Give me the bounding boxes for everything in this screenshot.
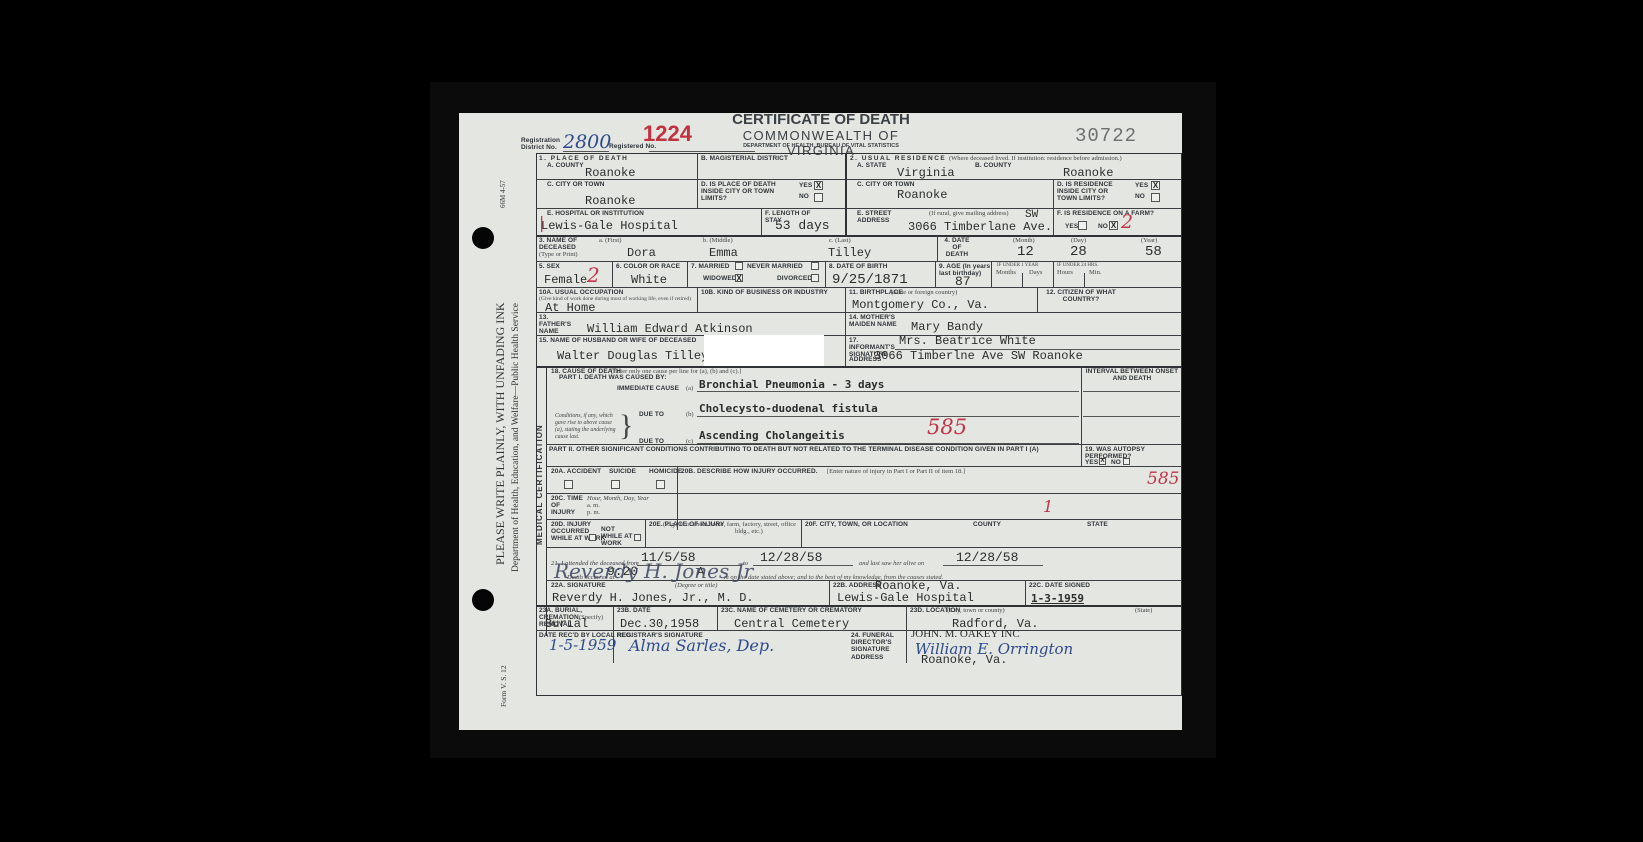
attended-to: 12/28/58	[760, 550, 822, 565]
mother-maiden-name: Mary Bandy	[911, 320, 983, 334]
informant-name: Mrs. Beatrice White	[899, 334, 1036, 348]
father-name: William Edward Atkinson	[587, 322, 753, 336]
autopsy-yes-checkbox[interactable]: X	[1099, 458, 1106, 465]
residence-county: Roanoke	[1063, 166, 1113, 180]
accident-checkbox[interactable]	[564, 480, 573, 489]
disposition-method: Burial	[545, 617, 588, 631]
married-checkbox[interactable]	[735, 262, 743, 270]
redaction-block	[704, 335, 824, 366]
residence-street: 3066 Timberlane Ave.	[908, 220, 1052, 234]
spouse-name: Walter Douglas Tilley	[557, 349, 708, 363]
cause-code-2: 585	[1147, 469, 1179, 489]
last-seen-alive: 12/28/58	[956, 550, 1018, 565]
sex: Female	[544, 273, 587, 287]
hospital-name: Lewis-Gale Hospital	[541, 219, 678, 233]
first-name: Dora	[627, 246, 656, 260]
certificate-title: CERTIFICATE OF DEATH	[721, 111, 921, 128]
farm-no-checkbox[interactable]: X	[1109, 221, 1118, 230]
never-married-checkbox[interactable]	[811, 262, 819, 270]
funeral-address: Roanoke, Va.	[921, 653, 1007, 667]
form-code: 66M 4-57	[499, 180, 507, 208]
not-at-work-checkbox[interactable]	[634, 534, 641, 541]
funeral-firm: JOHN. M. OAKEY INC	[911, 628, 1020, 640]
cause-code: 585	[927, 415, 967, 439]
hospital-annotation: |	[539, 213, 544, 232]
autopsy-no-checkbox[interactable]	[1123, 458, 1130, 465]
divorced-checkbox[interactable]	[811, 274, 819, 282]
race: White	[631, 273, 667, 287]
residence-street-suffix: SW	[1025, 209, 1038, 221]
homicide-checkbox[interactable]	[656, 480, 665, 489]
death-year: 58	[1145, 244, 1162, 260]
date-of-birth: 9/25/1871	[832, 272, 908, 288]
registered-number: 1224	[643, 121, 692, 147]
department-title: DEPARTMENT OF HEALTH, BUREAU OF VITAL ST…	[721, 143, 921, 149]
due-to-b: Cholecysto-duodenal fistula	[699, 402, 878, 415]
farm-annotation: 2	[1121, 211, 1133, 233]
birthplace: Montgomery Co., Va.	[852, 298, 989, 312]
residence-city: Roanoke	[897, 188, 947, 202]
farm-yes-checkbox[interactable]	[1078, 221, 1087, 230]
death-inside-limits-no-checkbox[interactable]	[814, 193, 823, 202]
district-number: 2800	[563, 131, 611, 153]
residence-inside-limits-no-checkbox[interactable]	[1151, 193, 1160, 202]
death-month: 12	[1017, 244, 1034, 260]
age: 87	[955, 274, 971, 289]
cemetery-name: Central Cemetery	[734, 617, 849, 631]
usual-residence-label: 2. USUAL RESIDENCE	[850, 155, 946, 162]
due-to-c: Ascending Cholangeitis	[699, 429, 845, 442]
date-signed: 1-3-1959	[1031, 592, 1084, 605]
at-work-checkbox[interactable]	[589, 534, 596, 541]
length-of-stay: 53 days	[775, 218, 830, 233]
immediate-cause: Bronchial Pneumonia - 3 days	[699, 378, 884, 391]
suicide-checkbox[interactable]	[611, 480, 620, 489]
physician-name: Reverdy H. Jones, Jr., M. D.	[552, 591, 754, 605]
last-name: Tilley	[828, 246, 871, 260]
physician-address-2: Lewis-Gale Hospital	[837, 591, 974, 605]
disposition-date: Dec.30,1958	[620, 617, 699, 631]
residence-inside-limits-yes-checkbox[interactable]: X	[1151, 181, 1160, 190]
occupation: At Home	[545, 301, 595, 315]
registrar-signature: Alma Sarles, Dep.	[629, 636, 774, 655]
death-certificate: 66M 4-57 PLEASE WRITE PLAINLY, WITH UNFA…	[459, 113, 1182, 730]
injury-mark: 1	[1043, 497, 1053, 516]
form-number: Form V. S. 12	[499, 665, 508, 707]
file-number: 30722	[1075, 125, 1137, 147]
death-inside-limits-yes-checkbox[interactable]: X	[814, 181, 823, 190]
death-county: Roanoke	[585, 166, 635, 180]
residence-state: Virginia	[897, 166, 955, 180]
ink-instruction: PLEASE WRITE PLAINLY, WITH UNFADING INK	[493, 302, 508, 565]
death-city: Roanoke	[585, 194, 635, 208]
punch-hole-top	[472, 227, 494, 249]
punch-hole-bottom	[472, 589, 494, 611]
widowed-checkbox[interactable]: X	[735, 274, 743, 282]
sex-annotation: 2	[587, 263, 600, 287]
date-received: 1-5-1959	[549, 636, 616, 654]
middle-name: Emma	[709, 246, 738, 260]
department-note: Department of Health, Education, and Wel…	[511, 303, 521, 572]
place-of-death-label: 1. PLACE OF DEATH	[539, 155, 628, 162]
death-day: 28	[1070, 244, 1087, 260]
physician-signature: Reverdy H. Jones Jr	[554, 559, 753, 583]
informant-address: 3066 Timberlne Ave SW Roanoke	[874, 349, 1083, 363]
medical-certification-label: MEDICAL CERTIFICATION	[535, 424, 544, 545]
